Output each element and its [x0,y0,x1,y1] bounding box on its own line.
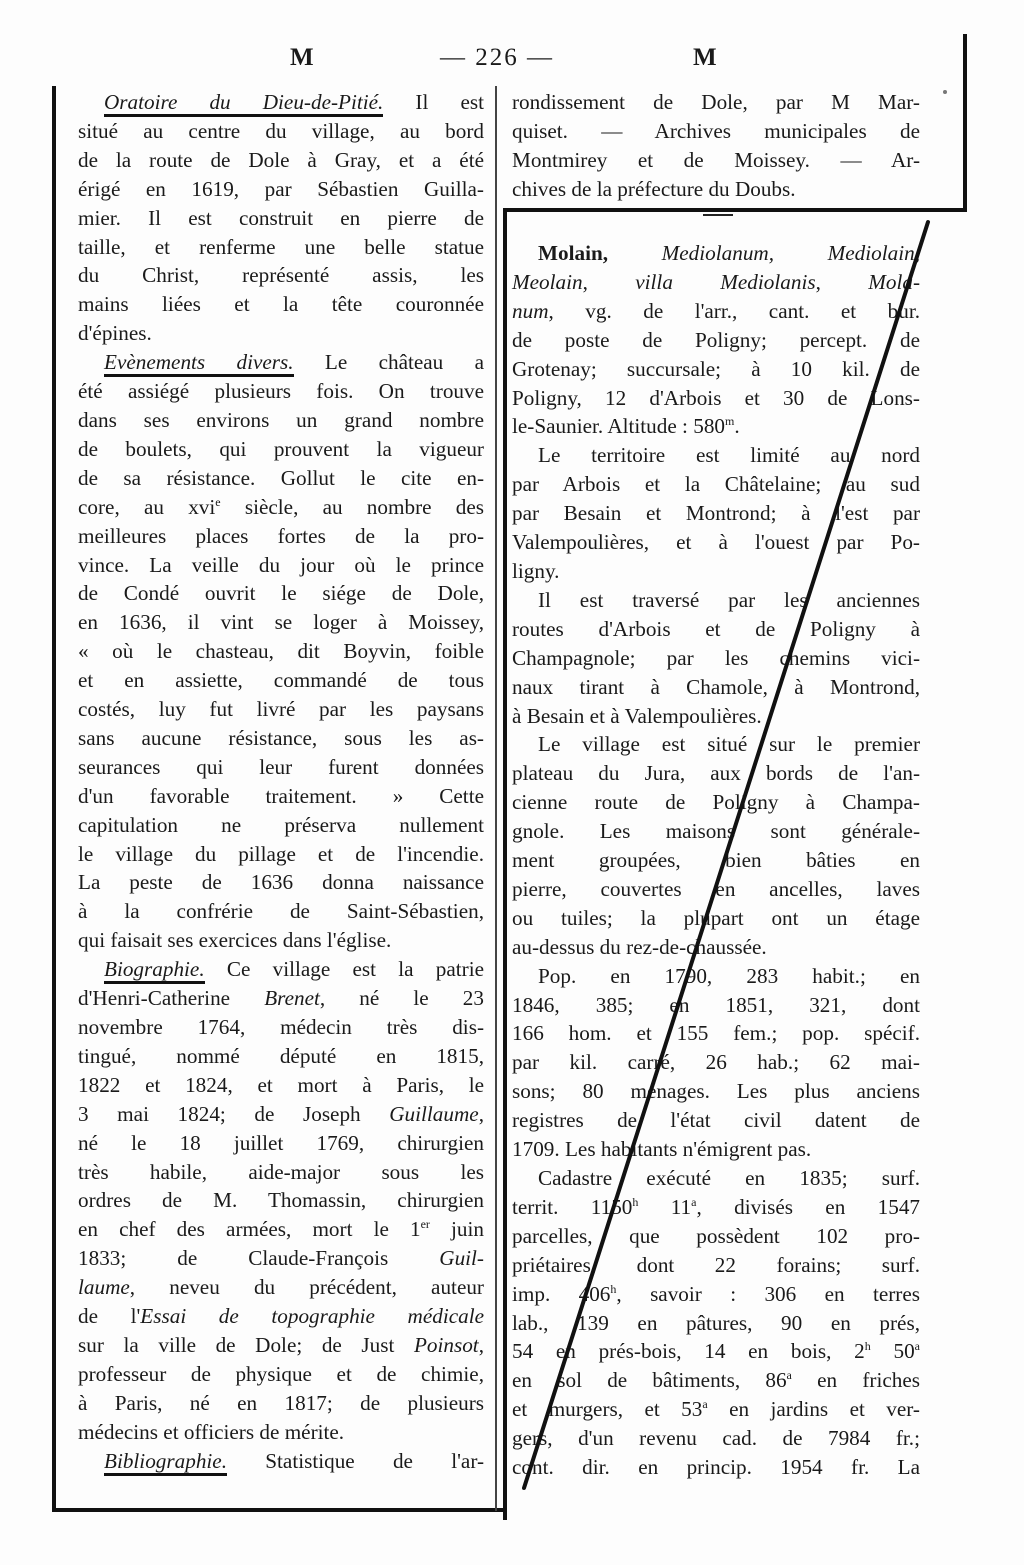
heading-oratoire: Oratoire du Dieu-de-Pitié. [104,90,383,117]
paragraph-population: Pop. en 1790, 283 habit.; en 1846, 385; … [512,962,920,1164]
section-biographie: Biographie. Ce village est la patrie [78,955,484,984]
running-head-left-letter: M [290,44,314,76]
running-head-right-letter: M [693,44,717,76]
section-bibliographie: Bibliographie. Statistique de l'ar- [78,1447,484,1476]
book-title: Essai de topographie médicale [140,1304,484,1328]
section-oratoire: Oratoire du Dieu-de-Pitié. Il est [78,88,484,117]
heading-biographie: Biographie. [104,957,205,984]
paragraph-territoire: Le territoire est limité au nord par Arb… [512,441,920,586]
heading-bibliographie: Bibliographie. [104,1449,227,1476]
entry-separator [703,214,733,216]
headword-molain: Molain, [538,241,608,265]
column-rule [495,86,497,1511]
paragraph-traverse: Il est traversé par les anciennes routes… [512,586,920,731]
frame-top-right-bottom [503,208,967,212]
paragraph-cadastre: Cadastre exécuté en 1835; surf. territ. … [512,1164,920,1482]
paragraph-village: Le village est situé sur le premier plat… [512,730,920,961]
left-column: Oratoire du Dieu-de-Pitié. Il est situé … [78,88,484,1476]
page-number: — 226 — [440,44,554,76]
frame-top-right-border [963,34,967,212]
scanned-page: M — 226 — M Oratoire du Dieu-de-Pitié. I… [0,0,1024,1565]
name-brenet: Brenet [264,986,320,1010]
frame-left-bottom [52,1508,504,1512]
frame-left-border [52,86,56,1511]
right-column-continuation: rondissement de Dole, par M Mar- quiset.… [512,88,920,204]
section-evenements: Evènements divers. Le château a [78,348,484,377]
frame-right-column-left-border [503,210,507,1520]
entry-molain: Molain, Mediolanum, Mediolain, Meolain, … [512,239,920,1482]
heading-evenements: Evènements divers. [104,350,294,377]
